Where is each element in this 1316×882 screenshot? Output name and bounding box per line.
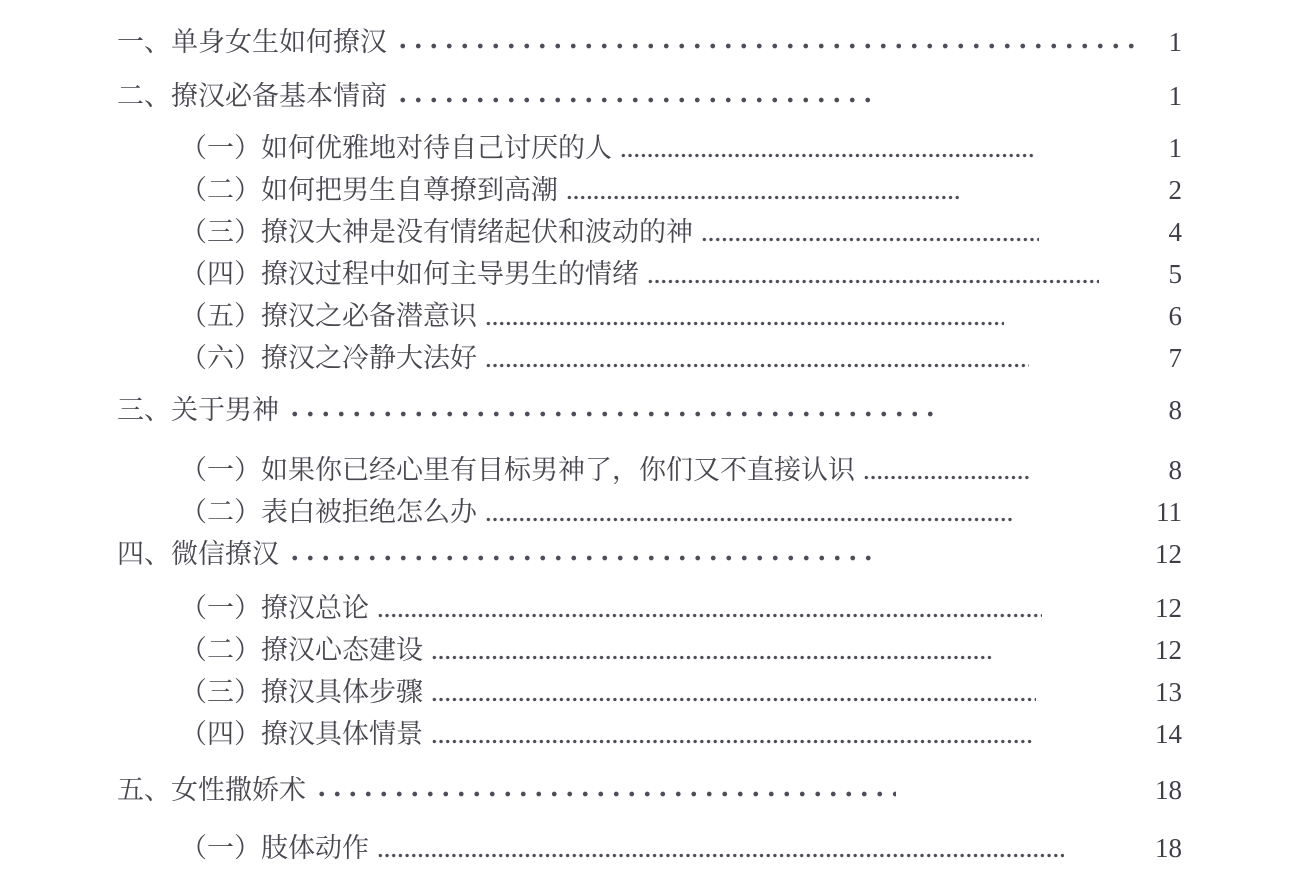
- toc-entry-page: 7: [1154, 337, 1182, 379]
- toc-entry[interactable]: （一）如果你已经心里有目标男神了，你们又不直接认识8: [117, 449, 1182, 491]
- dot-leader: [647, 253, 1099, 295]
- toc-entry-page: 12: [1154, 587, 1182, 629]
- dot-leader: [287, 533, 871, 575]
- toc-entry-page: 1: [1154, 75, 1182, 117]
- dot-leader: [377, 587, 1042, 629]
- toc-entry-page: 8: [1154, 449, 1182, 491]
- toc-entry-title: 三、关于男神: [117, 389, 279, 431]
- table-of-contents: 一、单身女生如何撩汉1二、撩汉必备基本情商1（一）如何优雅地对待自己讨厌的人1（…: [117, 21, 1182, 869]
- toc-entry-page: 4: [1154, 211, 1182, 253]
- dot-leader: [701, 211, 1039, 253]
- toc-entry-title: 五、女性撒娇术: [117, 769, 306, 811]
- dot-leader: [395, 21, 1144, 63]
- toc-entry-title: （一）如何优雅地对待自己讨厌的人: [180, 127, 612, 169]
- dot-leader: [395, 75, 876, 117]
- toc-entry-title: 四、微信撩汉: [117, 533, 279, 575]
- dot-leader: [377, 827, 1064, 869]
- toc-entry-page: 11: [1154, 491, 1182, 533]
- toc-entry-page: 12: [1154, 629, 1182, 671]
- toc-entry-title: （三）撩汉大神是没有情绪起伏和波动的神: [180, 211, 693, 253]
- toc-entry[interactable]: （四）撩汉过程中如何主导男生的情绪5: [117, 253, 1182, 295]
- dot-leader: [485, 491, 1014, 533]
- toc-entry[interactable]: 五、女性撒娇术18: [117, 769, 1182, 811]
- toc-entry-title: （二）表白被拒绝怎么办: [180, 491, 477, 533]
- toc-entry-title: 一、单身女生如何撩汉: [117, 21, 387, 63]
- toc-entry-page: 5: [1154, 253, 1182, 295]
- dot-leader: [431, 629, 992, 671]
- toc-entry[interactable]: （二）表白被拒绝怎么办11: [117, 491, 1182, 533]
- toc-entry[interactable]: 二、撩汉必备基本情商1: [117, 75, 1182, 117]
- toc-entry-page: 18: [1154, 827, 1182, 869]
- toc-entry[interactable]: 一、单身女生如何撩汉1: [117, 21, 1182, 63]
- dot-leader: [620, 127, 1034, 169]
- toc-entry[interactable]: （五）撩汉之必备潜意识6: [117, 295, 1182, 337]
- toc-entry-page: 2: [1154, 169, 1182, 211]
- toc-entry-title: （三）撩汉具体步骤: [180, 671, 423, 713]
- toc-entry[interactable]: （四）撩汉具体情景14: [117, 713, 1182, 755]
- toc-entry-title: （一）撩汉总论: [180, 587, 369, 629]
- toc-entry-title: （六）撩汉之冷静大法好: [180, 337, 477, 379]
- toc-entry[interactable]: （六）撩汉之冷静大法好7: [117, 337, 1182, 379]
- dot-leader: [863, 449, 1029, 491]
- toc-entry-page: 6: [1154, 295, 1182, 337]
- toc-entry[interactable]: （二）撩汉心态建设12: [117, 629, 1182, 671]
- toc-entry[interactable]: （三）撩汉大神是没有情绪起伏和波动的神4: [117, 211, 1182, 253]
- dot-leader: [566, 169, 959, 211]
- dot-leader: [314, 769, 896, 811]
- toc-entry-page: 12: [1154, 533, 1182, 575]
- toc-entry-page: 8: [1154, 389, 1182, 431]
- toc-entry-title: （二）撩汉心态建设: [180, 629, 423, 671]
- toc-entry-title: （二）如何把男生自尊撩到高潮: [180, 169, 558, 211]
- dot-leader: [485, 295, 1004, 337]
- toc-entry-title: （五）撩汉之必备潜意识: [180, 295, 477, 337]
- toc-entry-title: （四）撩汉过程中如何主导男生的情绪: [180, 253, 639, 295]
- toc-entry-title: （一）如果你已经心里有目标男神了，你们又不直接认识: [180, 449, 855, 491]
- toc-entry[interactable]: （一）肢体动作18: [117, 827, 1182, 869]
- toc-entry[interactable]: 三、关于男神8: [117, 389, 1182, 431]
- toc-entry[interactable]: （二）如何把男生自尊撩到高潮2: [117, 169, 1182, 211]
- toc-entry-title: （四）撩汉具体情景: [180, 713, 423, 755]
- toc-entry-title: （一）肢体动作: [180, 827, 369, 869]
- dot-leader: [431, 713, 1032, 755]
- toc-entry-page: 18: [1154, 769, 1182, 811]
- toc-entry-page: 13: [1154, 671, 1182, 713]
- dot-leader: [287, 389, 936, 431]
- dot-leader: [485, 337, 1029, 379]
- toc-entry[interactable]: 四、微信撩汉12: [117, 533, 1182, 575]
- dot-leader: [431, 671, 1036, 713]
- toc-entry[interactable]: （三）撩汉具体步骤13: [117, 671, 1182, 713]
- toc-entry[interactable]: （一）撩汉总论12: [117, 587, 1182, 629]
- toc-entry-page: 14: [1154, 713, 1182, 755]
- toc-entry-page: 1: [1154, 21, 1182, 63]
- toc-entry[interactable]: （一）如何优雅地对待自己讨厌的人1: [117, 127, 1182, 169]
- toc-entry-page: 1: [1154, 127, 1182, 169]
- document-page: 一、单身女生如何撩汉1二、撩汉必备基本情商1（一）如何优雅地对待自己讨厌的人1（…: [0, 0, 1316, 882]
- toc-entry-title: 二、撩汉必备基本情商: [117, 75, 387, 117]
